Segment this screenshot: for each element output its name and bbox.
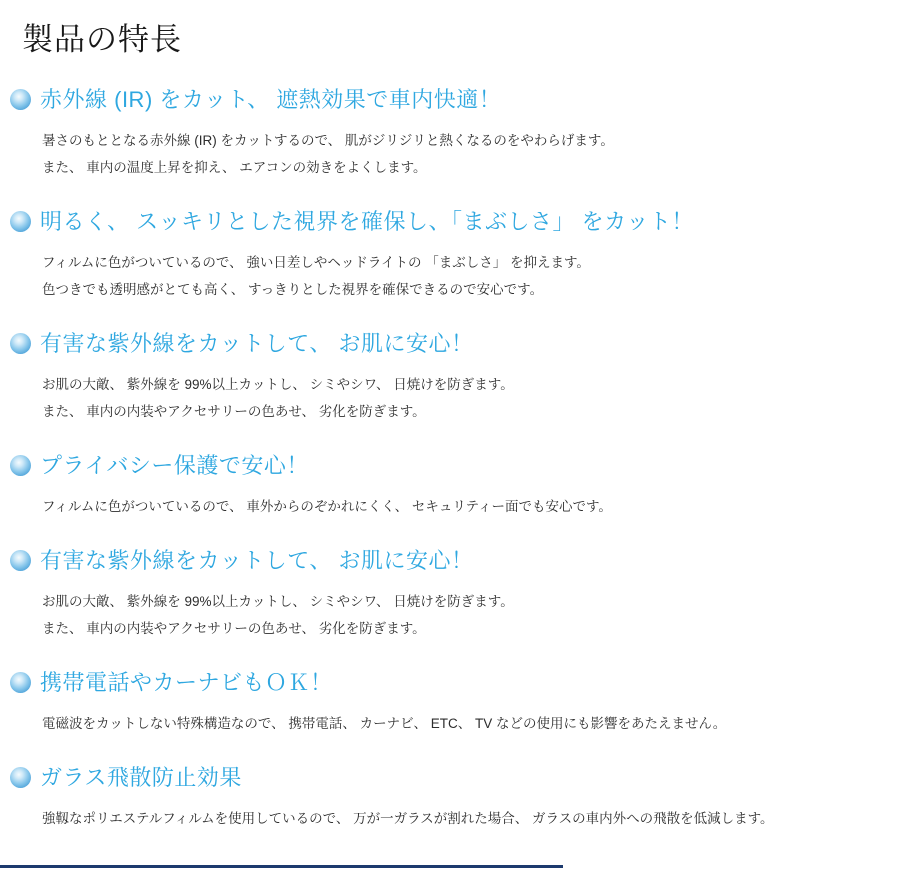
feature-section-clear-view: 明るく、 スッキリとした視界を確保し、「まぶしさ」 をカット！ フィルムに色がつ… [0,208,900,303]
body-line: また、 車内の温度上昇を抑え、 エアコンの効きをよくします。 [42,154,900,181]
section-heading: 有害な紫外線をカットして、 お肌に安心！ [40,547,473,574]
page-title: 製品の特長 [22,20,900,60]
body-line: 強靱なポリエステルフィルムを使用しているので、 万が一ガラスが割れた場合、 ガラ… [42,805,900,832]
section-body: 電磁波をカットしない特殊構造なので、 携帯電話、 カーナビ、 ETC、 TV な… [0,710,900,737]
feature-section-privacy: プライバシー保護で安心！ フィルムに色がついているので、 車外からのぞかれにくく… [0,452,900,520]
sphere-bullet-icon [10,211,31,232]
footer-divider [0,865,563,868]
section-heading-row: 有害な紫外線をカットして、 お肌に安心！ [0,330,900,357]
feature-section-uv-cut: 有害な紫外線をカットして、 お肌に安心！ お肌の大敵、 紫外線を 99%以上カッ… [0,330,900,425]
feature-section-ir-cut: 赤外線 (IR) をカット、 遮熱効果で車内快適！ 暑さのもととなる赤外線 (I… [0,86,900,181]
section-heading: 明るく、 スッキリとした視界を確保し、「まぶしさ」 をカット！ [40,208,694,235]
body-line: お肌の大敵、 紫外線を 99%以上カットし、 シミやシワ、 日焼けを防ぎます。 [42,588,900,615]
sphere-bullet-icon [10,672,31,693]
body-line: フィルムに色がついているので、 強い日差しやヘッドライトの 「まぶしさ」 を抑え… [42,249,900,276]
section-heading: 有害な紫外線をカットして、 お肌に安心！ [40,330,473,357]
section-heading-row: 明るく、 スッキリとした視界を確保し、「まぶしさ」 をカット！ [0,208,900,235]
body-line: 電磁波をカットしない特殊構造なので、 携帯電話、 カーナビ、 ETC、 TV な… [42,710,900,737]
section-heading: 携帯電話やカーナビもＯＫ！ [40,669,333,696]
feature-section-electronics-ok: 携帯電話やカーナビもＯＫ！ 電磁波をカットしない特殊構造なので、 携帯電話、 カ… [0,669,900,737]
section-heading-row: 赤外線 (IR) をカット、 遮熱効果で車内快適！ [0,86,900,113]
section-heading-row: ガラス飛散防止効果 [0,764,900,791]
sphere-bullet-icon [10,767,31,788]
feature-section-uv-cut-2: 有害な紫外線をカットして、 お肌に安心！ お肌の大敵、 紫外線を 99%以上カッ… [0,547,900,642]
body-line: 色つきでも透明感がとても高く、 すっきりとした視界を確保できるので安心です。 [42,276,900,303]
section-body: お肌の大敵、 紫外線を 99%以上カットし、 シミやシワ、 日焼けを防ぎます。 … [0,588,900,642]
feature-section-shatter-prevention: ガラス飛散防止効果 強靱なポリエステルフィルムを使用しているので、 万が一ガラス… [0,764,900,832]
body-line: また、 車内の内装やアクセサリーの色あせ、 劣化を防ぎます。 [42,615,900,642]
feature-sections: 赤外線 (IR) をカット、 遮熱効果で車内快適！ 暑さのもととなる赤外線 (I… [0,86,900,832]
section-heading: 赤外線 (IR) をカット、 遮熱効果で車内快適！ [40,86,501,113]
section-heading-row: 有害な紫外線をカットして、 お肌に安心！ [0,547,900,574]
sphere-bullet-icon [10,550,31,571]
section-heading: プライバシー保護で安心！ [40,452,309,479]
section-body: フィルムに色がついているので、 車外からのぞかれにくく、 セキュリティー面でも安… [0,493,900,520]
body-line: 暑さのもととなる赤外線 (IR) をカットするので、 肌がジリジリと熱くなるのを… [42,127,900,154]
body-line: お肌の大敵、 紫外線を 99%以上カットし、 シミやシワ、 日焼けを防ぎます。 [42,371,900,398]
section-heading-row: 携帯電話やカーナビもＯＫ！ [0,669,900,696]
sphere-bullet-icon [10,333,31,354]
sphere-bullet-icon [10,455,31,476]
body-line: また、 車内の内装やアクセサリーの色あせ、 劣化を防ぎます。 [42,398,900,425]
section-heading-row: プライバシー保護で安心！ [0,452,900,479]
section-body: お肌の大敵、 紫外線を 99%以上カットし、 シミやシワ、 日焼けを防ぎます。 … [0,371,900,425]
section-body: 強靱なポリエステルフィルムを使用しているので、 万が一ガラスが割れた場合、 ガラ… [0,805,900,832]
section-body: 暑さのもととなる赤外線 (IR) をカットするので、 肌がジリジリと熱くなるのを… [0,127,900,181]
section-heading: ガラス飛散防止効果 [40,764,242,791]
sphere-bullet-icon [10,89,31,110]
section-body: フィルムに色がついているので、 強い日差しやヘッドライトの 「まぶしさ」 を抑え… [0,249,900,303]
body-line: フィルムに色がついているので、 車外からのぞかれにくく、 セキュリティー面でも安… [42,493,900,520]
